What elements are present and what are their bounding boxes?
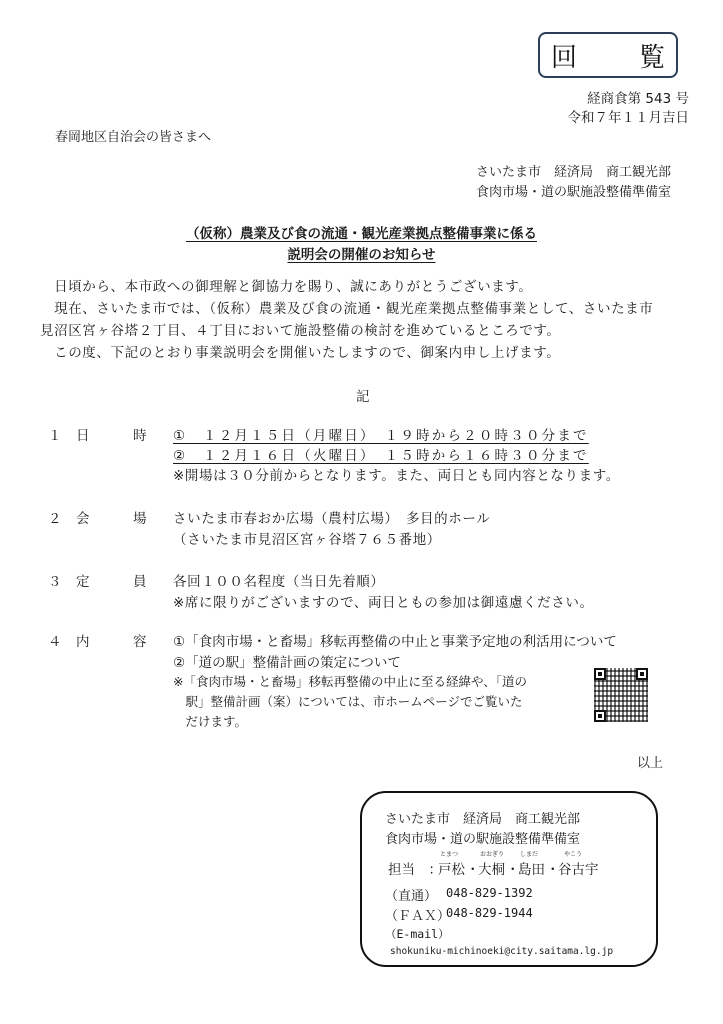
contents-note: 駅」整備計画（案）については、市ホームページでご覧いた [173,692,523,710]
contents-item-2: ②「道の駅」整備計画の策定について [173,651,401,671]
fax-label: （ＦＡＸ） [385,905,450,924]
staff-reading: しまだ [520,849,538,858]
contact-department: さいたま市 経済局 商工観光部 [385,808,580,827]
staff-name: 大桐 [478,858,505,878]
item-number: １ [48,424,62,444]
staff-name: 谷古宇 [558,858,599,878]
item-label: 日 [76,424,90,444]
item-label: 場 [133,507,147,527]
addressee: 春岡地区自治会の皆さまへ [55,126,211,145]
staff-name: 島田 [518,858,545,878]
phone-label: （直通） [385,885,437,904]
item-label: 員 [133,570,147,590]
item-number: ３ [48,570,62,590]
qr-finder-icon [594,668,606,680]
body-paragraph-line: 見沼区宮ヶ谷塔２丁目、４丁目において施設整備の検討を進めているところです。 [40,319,560,339]
datetime-note: ※開場は３０分前からとなります。また、両日とも同内容となります。 [173,464,620,484]
item-number: ２ [48,507,62,527]
capacity-note: ※席に限りがございますので、両日ともの参加は御遠慮ください。 [173,591,594,611]
venue-name: さいたま市春おか広場（農村広場） 多目的ホール [173,507,490,527]
staff-reading: やこう [564,849,582,858]
item-label: 定 [76,570,90,590]
sender-department: さいたま市 経済局 商工観光部 [476,161,671,180]
session-2-schedule: ② １２月１６日（火曜日） １５時から１６時３０分まで [173,444,589,464]
staff-reading: とまつ [440,849,458,858]
contents-note: ※「食肉市場・と畜場」移転再整備の中止に至る経緯や、「道の [173,672,527,690]
capacity-value: 各回１００名程度（当日先着順） [173,570,385,590]
body-paragraph-line: この度、下記のとおり事業説明会を開催いたしますので、御案内申し上げます。 [40,341,560,361]
ki-heading: 記 [356,385,370,405]
notice-title-line1: （仮称）農業及び食の流通・観光産業拠点整備事業に係る [0,222,723,242]
item-label: 容 [133,630,147,650]
session-1-schedule: ① １２月１５日（月曜日） １９時から２０時３０分まで [173,424,589,444]
closing-text: 以上 [637,752,663,771]
staff-label: 担当 ： [388,858,442,878]
contents-item-1: ①「食肉市場・と畜場」移転再整備の中止と事業予定地の利活用について [173,630,617,650]
staff-reading: おおぎり [480,849,504,858]
contact-office: 食肉市場・道の駅施設整備準備室 [385,828,580,847]
item-number: ４ [48,630,62,650]
body-paragraph-line: 現在、さいたま市では、（仮称）農業及び食の流通・観光産業拠点整備事業として、さい… [40,297,653,317]
qr-finder-icon [594,710,606,722]
contents-note: だけます。 [173,712,247,730]
qr-finder-icon [636,668,648,680]
fax-number: 048-829-1944 [446,906,533,920]
item-label: 時 [133,424,147,444]
item-label: 内 [76,630,90,650]
email-label: （E-mail） [385,926,450,942]
kairan-stamp-text: 回 覧 [551,37,683,74]
item-label: 会 [76,507,90,527]
email-address[interactable]: shokuniku-michinoeki@city.saitama.lg.jp [390,946,613,957]
phone-number: 048-829-1392 [446,886,533,900]
notice-title-line2: 説明会の開催のお知らせ [0,243,723,263]
document-date: 令和７年１１月吉日 [568,106,690,126]
venue-address: （さいたま市見沼区宮ヶ谷塔７６５番地） [173,528,441,548]
staff-name: 戸松 [438,858,465,878]
document-number: 経商食第 543 号 [587,87,689,107]
sender-office: 食肉市場・道の駅施設整備準備室 [476,181,671,200]
qr-code-icon[interactable] [592,666,650,724]
body-paragraph-line: 日頃から、本市政への御理解と御協力を賜り、誠にありがとうございます。 [40,275,532,295]
kairan-stamp: 回 覧 [538,32,678,78]
